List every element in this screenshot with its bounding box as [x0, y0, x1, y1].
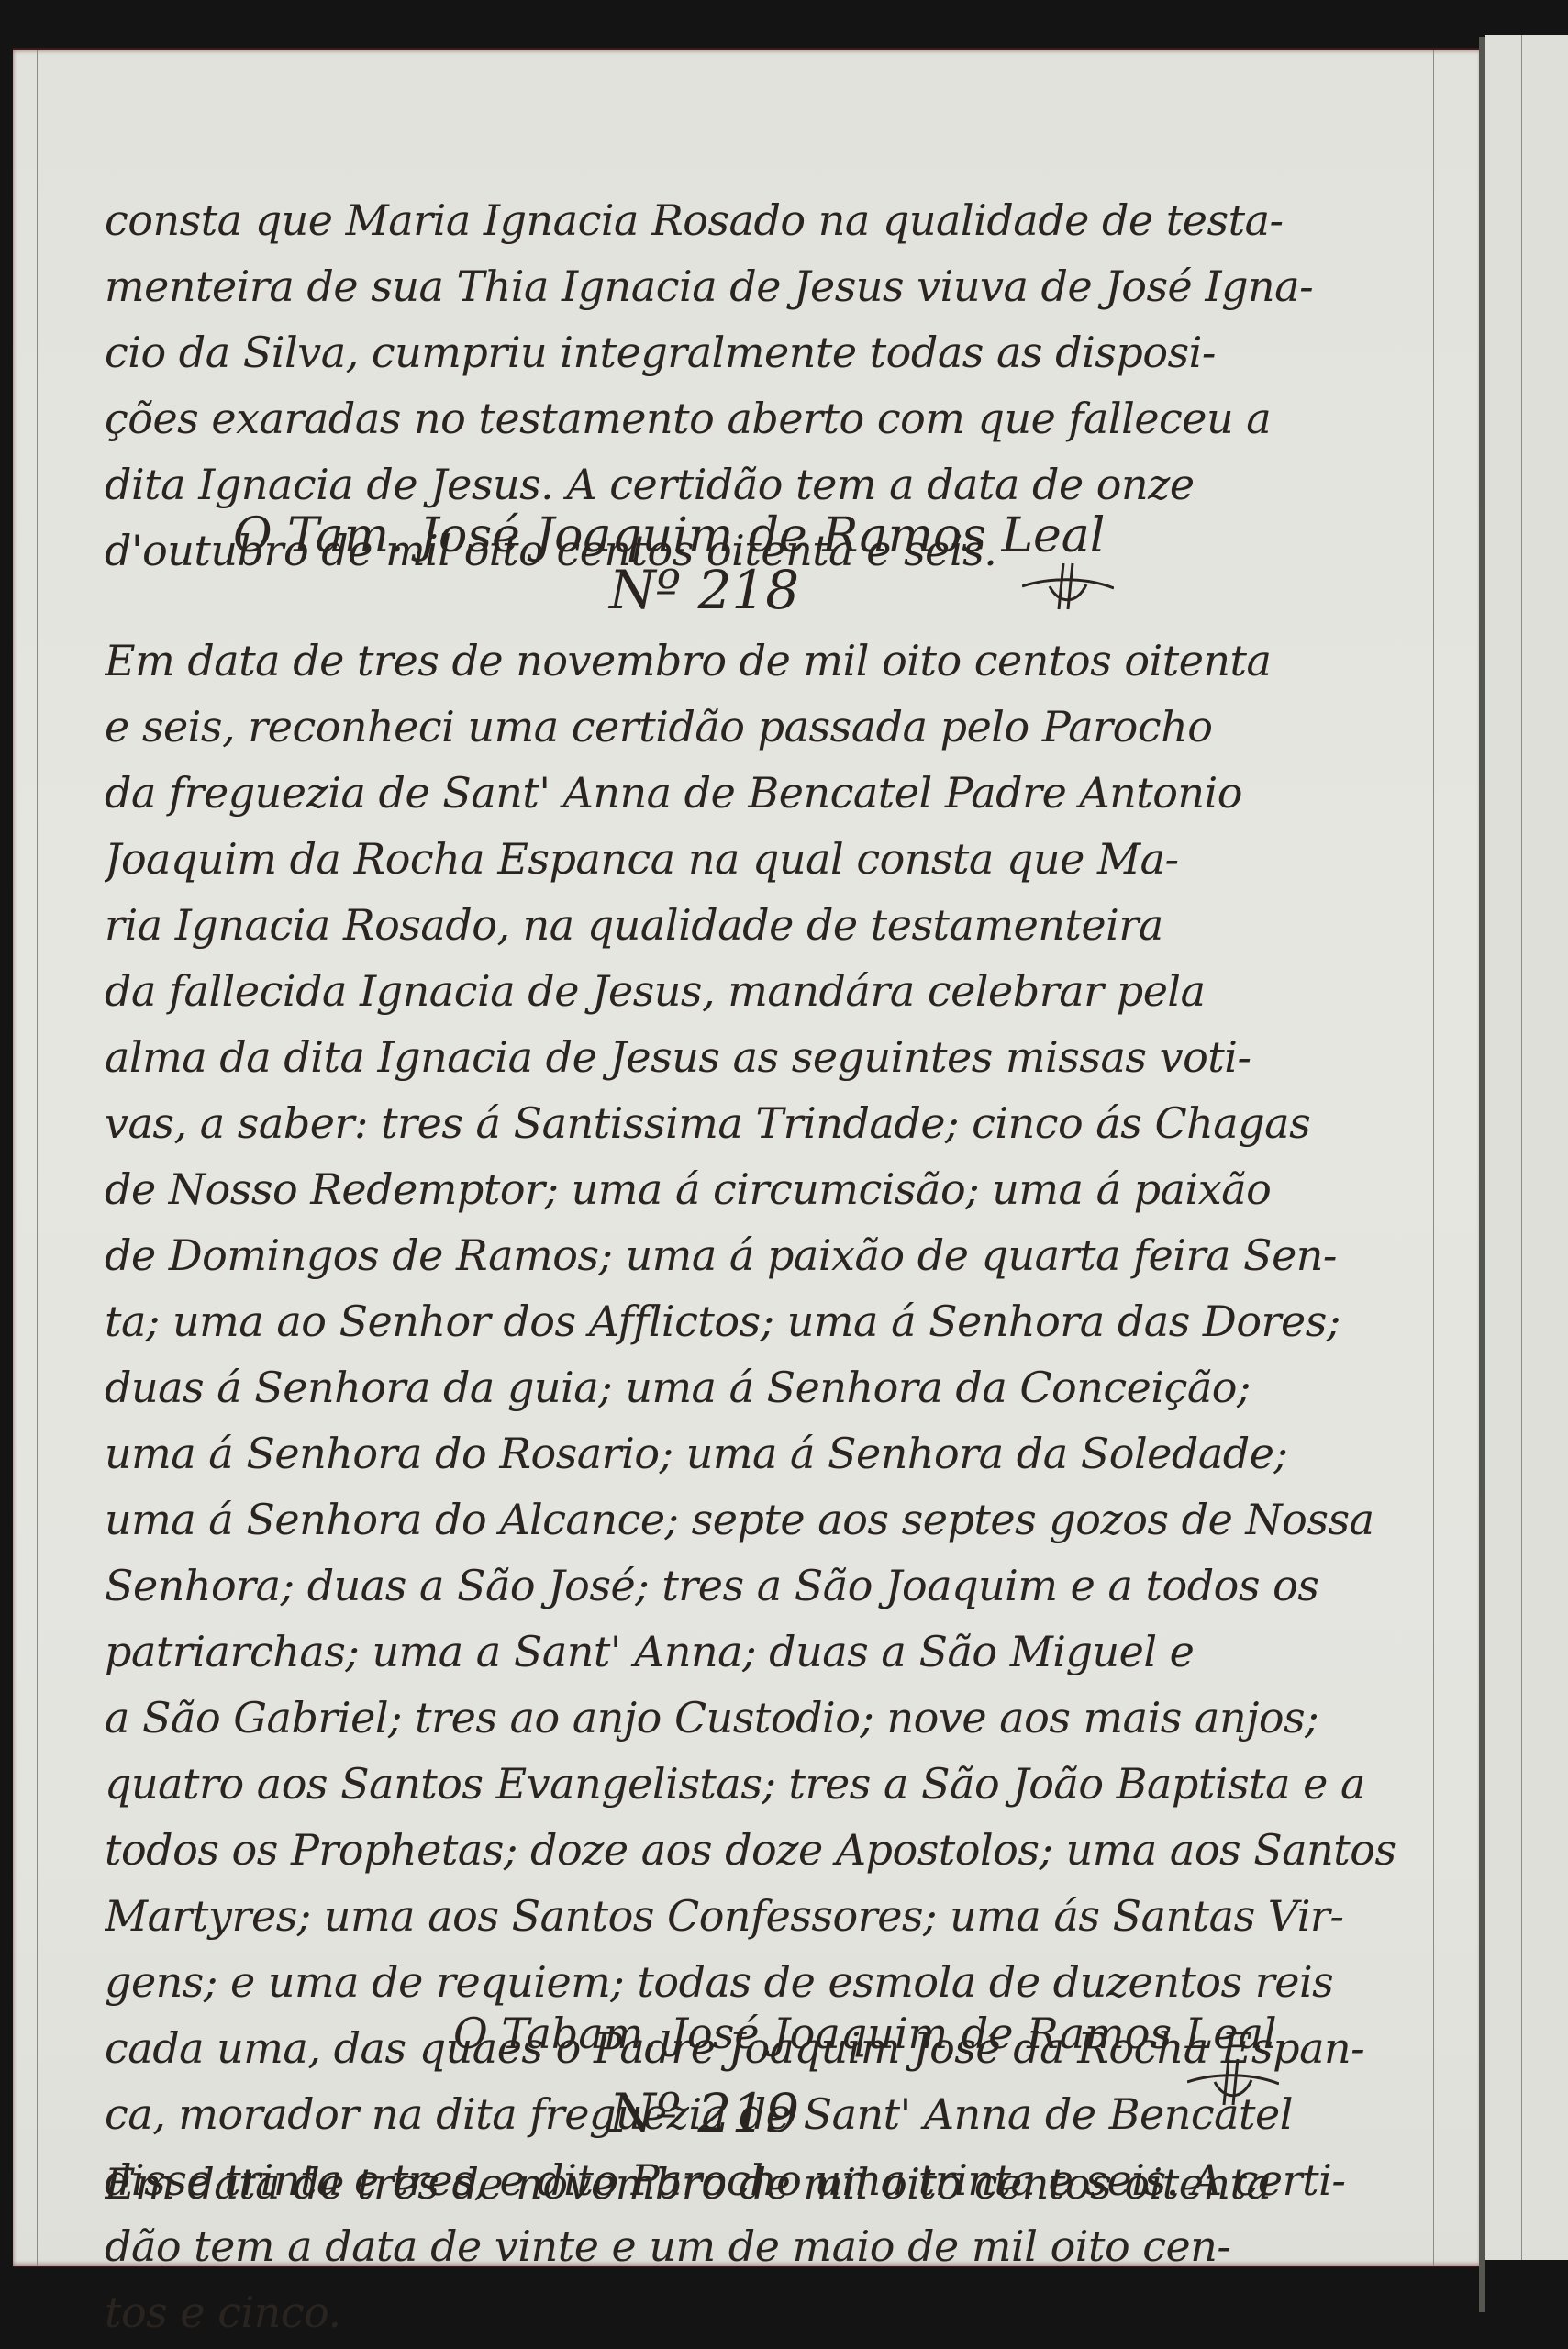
text-line: ria Ignacia Rosado, na qualidade de test…	[105, 892, 1499, 958]
text-line: Em data de tres de novembro de mil oito …	[105, 628, 1499, 694]
text-line: quatro aos Santos Evangelistas; tres a S…	[105, 1751, 1499, 1817]
signature-flourish-icon	[1187, 2054, 1279, 2110]
entry-218-text: Em data de tres de novembro de mil oito …	[105, 628, 1499, 2345]
text-line: alma da dita Ignacia de Jesus as seguint…	[105, 1024, 1499, 1090]
entry-number: Nº 219	[609, 2082, 799, 2144]
text-line: ções exaradas no testamento aberto com q…	[105, 385, 1499, 451]
text-line: todos os Prophetas; doze aos doze Aposto…	[105, 1817, 1499, 1883]
entry-219-text: Em data de tres de novembro de mil oito …	[105, 2151, 1499, 2217]
text-line: vas, a saber: tres á Santissima Trindade…	[105, 1090, 1499, 1156]
notary-signature: O Tam. José Joaquim de Ramos Leal	[233, 508, 1105, 563]
text-line: tos e cinco.	[105, 2279, 1499, 2345]
text-line: ta; uma ao Senhor dos Afflictos; uma á S…	[105, 1288, 1499, 1354]
text-line: e seis, reconheci uma certidão passada p…	[105, 694, 1499, 760]
text-line: de Nosso Redemptor; uma á circumcisão; u…	[105, 1156, 1499, 1222]
text-line: a São Gabriel; tres ao anjo Custodio; no…	[105, 1685, 1499, 1751]
text-line: menteira de sua Thia Ignacia de Jesus vi…	[105, 253, 1499, 319]
register-page: consta que Maria Ignacia Rosado na quali…	[13, 48, 1481, 2267]
text-line: uma á Senhora do Rosario; uma á Senhora …	[105, 1420, 1499, 1486]
text-line: de Domingos de Ramos; uma á paixão de qu…	[105, 1222, 1499, 1288]
signature-flourish-icon	[1022, 559, 1114, 614]
text-line: Senhora; duas a São José; tres a São Joa…	[105, 1553, 1499, 1619]
text-line: cio da Silva, cumpriu integralmente toda…	[105, 319, 1499, 385]
facing-page-margin-rule	[1521, 35, 1522, 2260]
text-line: patriarchas; uma a Sant' Anna; duas a Sã…	[105, 1619, 1499, 1685]
text-line: consta que Maria Ignacia Rosado na quali…	[105, 187, 1499, 253]
text-line: duas á Senhora da guia; uma á Senhora da…	[105, 1354, 1499, 1420]
text-line: ca, morador na dita freguezia de Sant' A…	[105, 2081, 1499, 2147]
text-line: Martyres; uma aos Santos Confessores; um…	[105, 1883, 1499, 1949]
left-margin-rule	[37, 50, 38, 2266]
text-line: Em data de tres de novembro de mil oito …	[105, 2151, 1499, 2217]
text-line: da fallecida Ignacia de Jesus, mandára c…	[105, 958, 1499, 1024]
text-line: uma á Senhora do Alcance; septe aos sept…	[105, 1486, 1499, 1553]
text-line: dão tem a data de vinte e um de maio de …	[105, 2213, 1499, 2279]
text-line: Joaquim da Rocha Espanca na qual consta …	[105, 826, 1499, 892]
entry-number: Nº 218	[609, 559, 799, 621]
text-line: gens; e uma de requiem; todas de esmola …	[105, 1949, 1499, 2015]
text-line: da freguezia de Sant' Anna de Bencatel P…	[105, 760, 1499, 826]
notary-signature: O Tabam. José Joaquim de Ramos Leal	[453, 2009, 1277, 2058]
facing-page-edge	[1485, 35, 1568, 2260]
